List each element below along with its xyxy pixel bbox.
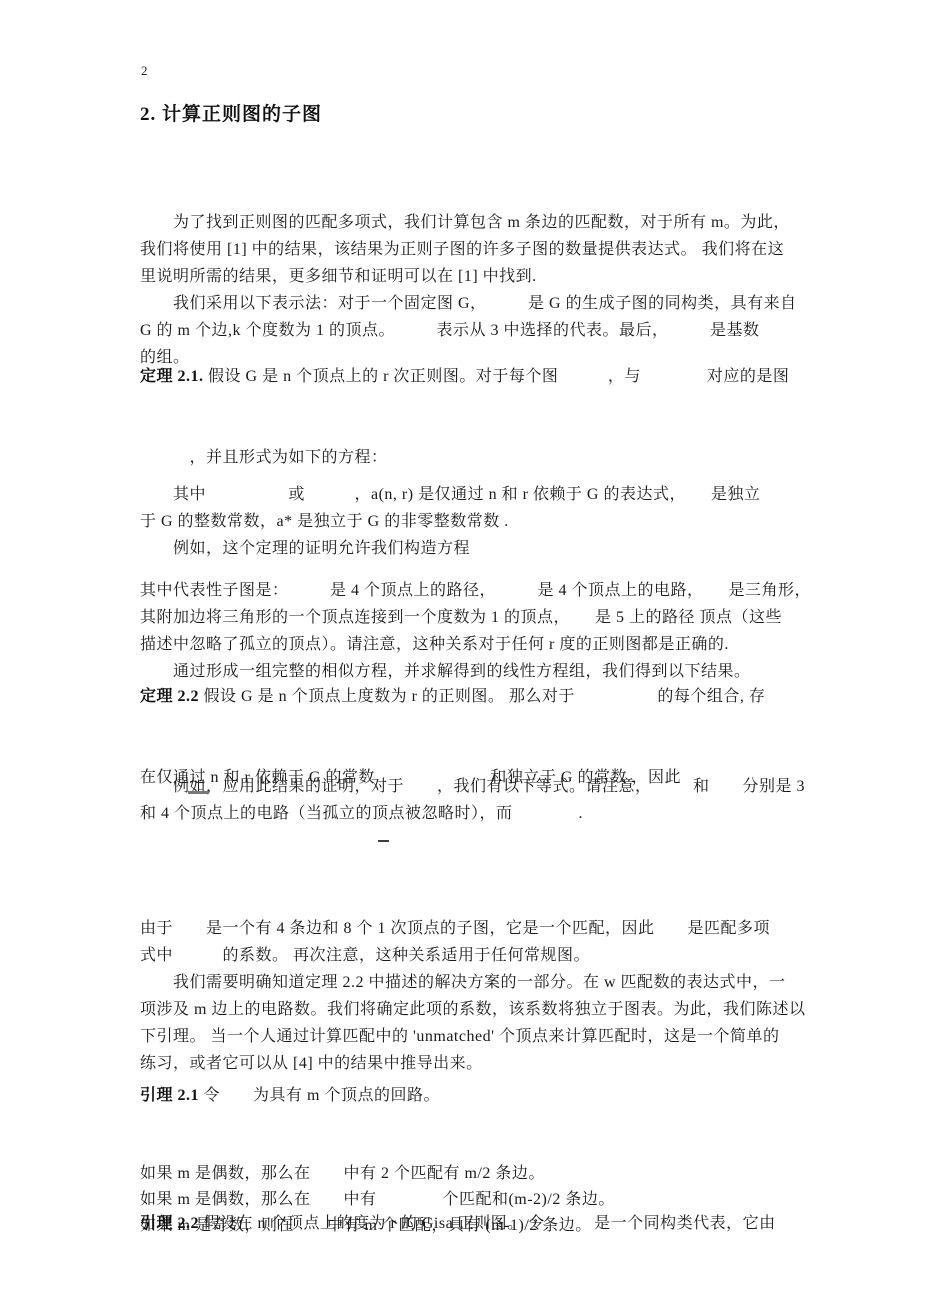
text-line: 和 4 个顶点上的电路（当孤立的顶点被忽略时），而 . xyxy=(140,800,808,827)
lemma-2-2-lead-text: 假设在 n 个顶点上的度为 r 的 Gisa 正则图。 令 是一个同构类代表，它… xyxy=(199,1215,776,1232)
formula-fraction-bar-long xyxy=(188,791,209,794)
text-line: 由于 是一个有 4 条边和 8 个 1 次顶点的子图，它是一个匹配，因此 是匹配… xyxy=(140,915,808,942)
theorem-2-1-label: 定理 2.1. xyxy=(140,368,204,385)
text-line: 式中 的系数。 再次注意，这种关系适用于任何常规图。 xyxy=(140,942,808,969)
lemma-2-1-first-line: 引理 2.1 令 为具有 m 个顶点的回路。 xyxy=(140,1083,808,1109)
lemma-2-2-label: 引理 2.2 xyxy=(140,1215,199,1232)
text-line: 为了找到正则图的匹配多项式，我们计算包含 m 条边的匹配数，对于所有 m。为此， xyxy=(140,209,808,236)
theorem-2-2-lead-text: 假设 G 是 n 个顶点上度数为 r 的正则图。 那么对于 的每个组合, 存 xyxy=(199,688,765,705)
paragraph-example-equalities: 例如，应用此结果的证明，对于 ，我们有以下等式。请注意， 和 分别是 3和 4 … xyxy=(140,719,808,881)
theorem-2-1-first-line: 定理 2.1. 假设 G 是 n 个顶点上的 r 次正则图。对于每个图 ，与 对… xyxy=(140,363,808,390)
lemma-2-1-label: 引理 2.1 xyxy=(140,1087,199,1104)
text-line: 其中 或 ，a(n, r) 是仅通过 n 和 r 依赖于 G 的表达式， 是独立 xyxy=(140,481,808,508)
theorem-2-1-lead-text: 假设 G 是 n 个顶点上的 r 次正则图。对于每个图 ，与 对应的是图 xyxy=(204,368,790,385)
theorem-2-2-label: 定理 2.2 xyxy=(140,688,199,705)
text-line: 项涉及 m 边上的电路数。我们将确定此项的系数，该系数将独立于图表。为此，我们陈… xyxy=(140,996,808,1023)
document-page: 2 2. 计算正则图的子图 为了找到正则图的匹配多项式，我们计算包含 m 条边的… xyxy=(0,0,926,1309)
lemma-2-2: 引理 2.2 假设在 n 个顶点上的度为 r 的 Gisa 正则图。 令 是一个… xyxy=(140,1156,808,1291)
text-line: 其中代表性子图是： 是 4 个顶点上的路径， 是 4 个顶点上的电路， 是三角形… xyxy=(140,577,808,604)
text-line: 例如，应用此结果的证明，对于 ，我们有以下等式。请注意， 和 分别是 3 xyxy=(140,773,808,800)
section-heading: 2. 计算正则图的子图 xyxy=(140,102,322,128)
text-line: 我们需要明确知道定理 2.2 中描述的解决方案的一部分。在 w 匹配数的表达式中… xyxy=(140,969,808,996)
lemma-2-1-lead-text: 令 为具有 m 个顶点的回路。 xyxy=(199,1087,440,1104)
text-line: 其附加边将三角形的一个顶点连接到一个度数为 1 的顶点， 是 5 上的路径 顶点… xyxy=(140,604,808,631)
page-number: 2 xyxy=(141,62,148,80)
lemma-2-2-first-line: 引理 2.2 假设在 n 个顶点上的度为 r 的 Gisa 正则图。 令 是一个… xyxy=(140,1210,808,1237)
paragraph-example-equalities-lines: 例如，应用此结果的证明，对于 ，我们有以下等式。请注意， 和 分别是 3和 4 … xyxy=(140,773,808,827)
theorem-2-2-first-line: 定理 2.2 假设 G 是 n 个顶点上度数为 r 的正则图。 那么对于 的每个… xyxy=(140,683,808,710)
formula-fraction-bar-short xyxy=(378,840,389,842)
